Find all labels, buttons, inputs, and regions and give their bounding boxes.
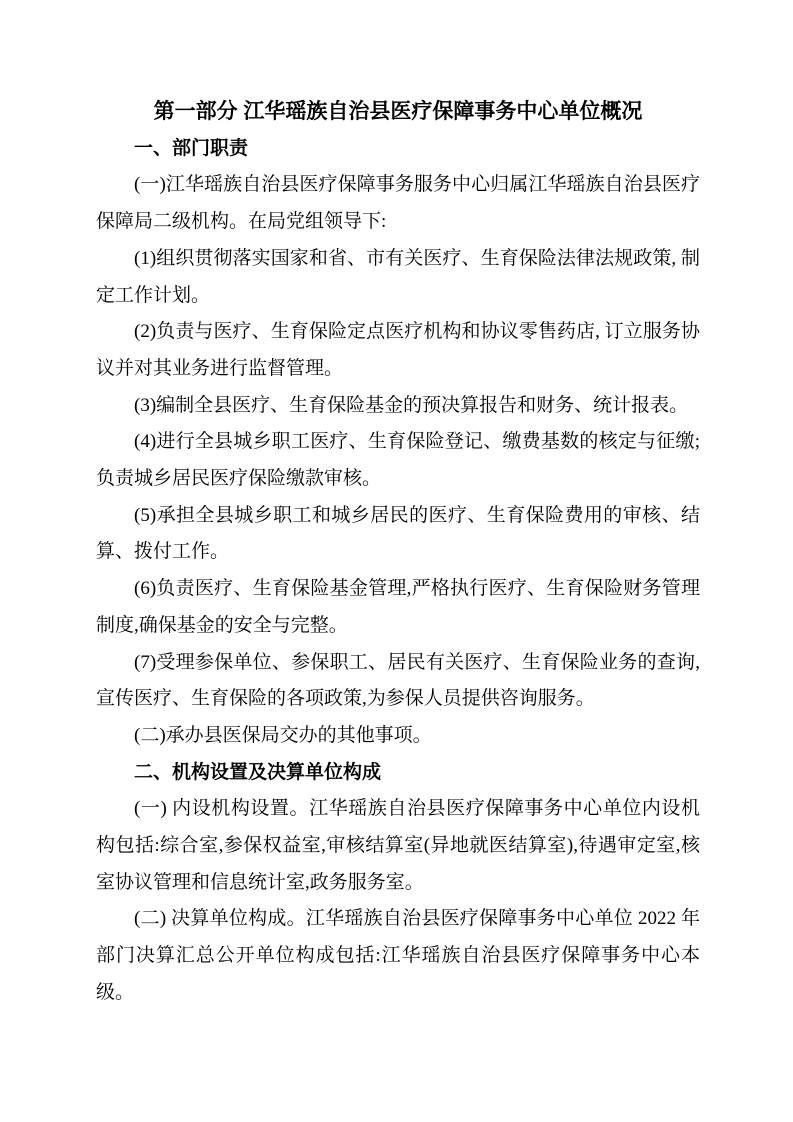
- section-2-paragraph-1: (一) 内设机构设置。江华瑶族自治县医疗保障事务中心单位内设机构包括:综合室,参…: [96, 791, 700, 901]
- section-1-paragraph-5: (4)进行全县城乡职工医疗、生育保险登记、缴费基数的核定与征缴; 负责城乡居民医…: [96, 424, 700, 497]
- section-1-paragraph-7: (6)负责医疗、生育保险基金管理,严格执行医疗、生育保险财务管理制度,确保基金的…: [96, 571, 700, 644]
- section-1-paragraph-1: (一)江华瑶族自治县医疗保障事务服务中心归属江华瑶族自治县医疗保障局二级机构。在…: [96, 167, 700, 240]
- document-page: 第一部分 江华瑶族自治县医疗保障事务中心单位概况 一、部门职责 (一)江华瑶族自…: [0, 0, 793, 1122]
- section-1-paragraph-8: (7)受理参保单位、参保职工、居民有关医疗、生育保险业务的查询,宣传医疗、生育保…: [96, 645, 700, 718]
- section-1-paragraph-2: (1)组织贯彻落实国家和省、市有关医疗、生育保险法律法规政策, 制定工作计划。: [96, 241, 700, 314]
- section-2-paragraph-2: (二) 决算单位构成。江华瑶族自治县医疗保障事务中心单位 2022 年部门决算汇…: [96, 901, 700, 1011]
- document-title: 第一部分 江华瑶族自治县医疗保障事务中心单位概况: [96, 94, 700, 131]
- section-1-paragraph-3: (2)负责与医疗、生育保险定点医疗机构和协议零售药店, 订立服务协议并对其业务进…: [96, 314, 700, 387]
- section-1-paragraph-4: (3)编制全县医疗、生育保险基金的预决算报告和财务、统计报表。: [96, 388, 700, 425]
- section-1-paragraph-6: (5)承担全县城乡职工和城乡居民的医疗、生育保险费用的审核、结算、拨付工作。: [96, 498, 700, 571]
- section-1-paragraph-9: (二)承办县医保局交办的其他事项。: [96, 718, 700, 755]
- section-1-heading: 一、部门职责: [96, 131, 700, 168]
- section-2-heading: 二、机构设置及决算单位构成: [96, 755, 700, 792]
